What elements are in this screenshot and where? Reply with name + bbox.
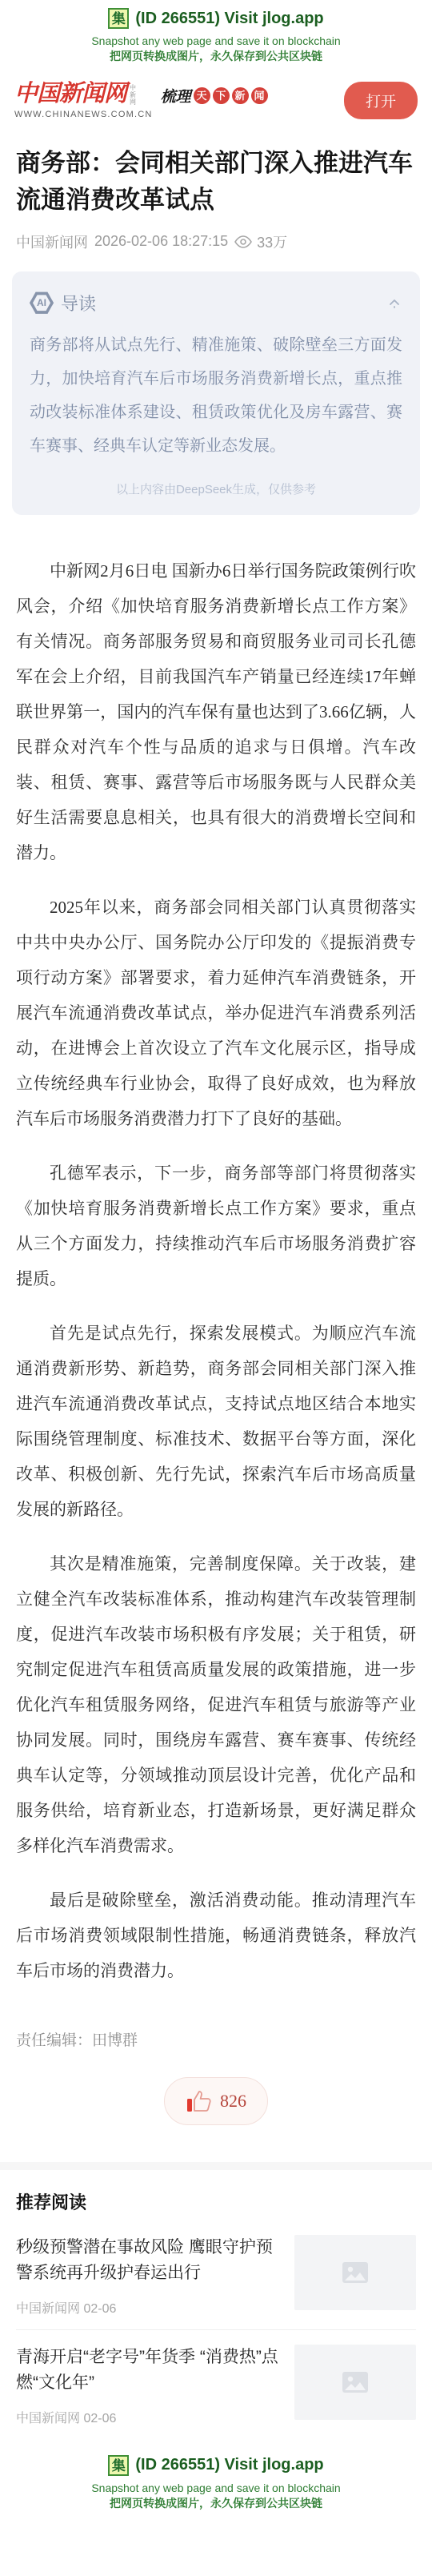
chinanews-logo: 中国新闻网 中新网 WWW.CHINANEWS.COM.CN	[14, 82, 152, 119]
paragraph: 孔德军表示，下一步，商务部等部门将贯彻落实《加快培育服务消费新增长点工作方案》要…	[16, 1155, 416, 1296]
paragraph: 其次是精准施策，完善制度保障。关于改装，建立健全汽车改装标准体系，推动构建汽车改…	[16, 1546, 416, 1863]
jlog-banner-top[interactable]: 集 (ID 266551) Visit jlog.app Snapshot an…	[0, 0, 432, 69]
slogan-char-badge: 下	[213, 87, 230, 104]
article-body: 中新网2月6日电 国新办6日举行国务院政策例行吹风会，介绍《加快培育服务消费新增…	[0, 542, 432, 1988]
jlog-banner-title[interactable]: (ID 266551) Visit jlog.app	[135, 10, 323, 28]
view-count: 33万	[257, 231, 287, 252]
article-meta: 中国新闻网 2026-02-06 18:27:15 33万	[0, 230, 432, 268]
recommend-item-source: 中国新闻网	[16, 2412, 80, 2425]
slogan-banner: 梳理 天 下 新 闻	[160, 85, 267, 106]
paragraph: 2025年以来，商务部会同相关部门认真贯彻落实中共中央办公厅、国务院办公厅印发的…	[16, 890, 416, 1136]
chinanews-logo-url: WWW.CHINANEWS.COM.CN	[14, 110, 152, 119]
image-placeholder-icon	[342, 2261, 369, 2284]
slogan-char-badge: 闻	[251, 87, 268, 104]
thumbs-up-icon	[186, 2089, 213, 2113]
like-button[interactable]: 826	[164, 2077, 268, 2125]
recommend-item[interactable]: 秒级预警潜在事故风险 鹰眼守护预警系统再升级护春运出行 中国新闻网 02-06	[16, 2220, 416, 2329]
recommend-item-date: 02-06	[83, 2302, 116, 2316]
ai-icon: AI	[30, 291, 54, 315]
jlog-banner-subtitle-en: Snapshot any web page and save it on blo…	[0, 34, 432, 49]
chinanews-logo-text: 中国新闻网	[14, 82, 126, 106]
jlog-banner-bottom[interactable]: 集 (ID 266551) Visit jlog.app Snapshot an…	[0, 2442, 432, 2526]
paragraph: 中新网2月6日电 国新办6日举行国务院政策例行吹风会，介绍《加快培育服务消费新增…	[16, 553, 416, 870]
jlog-badge-icon: 集	[108, 8, 129, 29]
ai-digest-card: AI 导读 商务部将从试点先行、精准施策、破除壁垒三方面发力，加快培育汽车后市场…	[12, 271, 420, 515]
editor-credit: 责任编辑：田博群	[0, 2007, 432, 2077]
recommend-item-source: 中国新闻网	[16, 2302, 80, 2316]
slogan-char-badge: 新	[232, 87, 249, 104]
article-datetime: 2026-02-06 18:27:15	[94, 233, 228, 250]
image-placeholder-icon	[342, 2371, 369, 2393]
slogan-char-badge: 天	[194, 87, 210, 104]
recommend-item-thumbnail	[294, 2235, 416, 2310]
jlog-banner-subtitle-en: Snapshot any web page and save it on blo…	[0, 2481, 432, 2496]
ai-digest-label: 导读	[61, 291, 96, 315]
jlog-badge-icon: 集	[108, 2455, 129, 2476]
chinanews-logo-side: 中新网	[130, 82, 138, 106]
paragraph: 最后是破除壁垒，激活消费动能。推动清理汽车后市场消费领域限制性措施，畅通消费链条…	[16, 1883, 416, 1988]
eye-icon	[234, 235, 252, 248]
recommend-heading: 推荐阅读	[16, 2189, 416, 2214]
jlog-banner-subtitle-zh: 把网页转换成图片，永久保存到公共区块链	[0, 2496, 432, 2511]
jlog-banner-title[interactable]: (ID 266551) Visit jlog.app	[135, 2456, 323, 2474]
article-source: 中国新闻网	[16, 231, 88, 252]
ai-digest-summary: 商务部将从试点先行、精准施策、破除壁垒三方面发力，加快培育汽车后市场服务消费新增…	[30, 328, 402, 463]
site-header: 中国新闻网 中新网 WWW.CHINANEWS.COM.CN 梳理 天 下 新 …	[0, 69, 432, 129]
section-divider	[0, 2162, 432, 2170]
recommend-item-date: 02-06	[83, 2412, 116, 2425]
recommend-item-title[interactable]: 秒级预警潜在事故风险 鹰眼守护预警系统再升级护春运出行	[16, 2235, 283, 2287]
recommend-item-thumbnail	[294, 2345, 416, 2420]
collapse-chevron-icon[interactable]	[386, 295, 402, 311]
recommend-section: 推荐阅读 秒级预警潜在事故风险 鹰眼守护预警系统再升级护春运出行 中国新闻网 0…	[0, 2170, 432, 2442]
slogan-prefix: 梳理	[160, 85, 190, 106]
jlog-banner-subtitle-zh: 把网页转换成图片，永久保存到公共区块链	[0, 49, 432, 64]
open-app-button[interactable]: 打开	[344, 82, 418, 119]
article-title: 商务部：会同相关部门深入推进汽车流通消费改革试点	[0, 129, 432, 230]
ai-digest-footnote: 以上内容由DeepSeek生成，仅供参考	[30, 480, 402, 497]
like-count: 826	[220, 2091, 246, 2112]
recommend-item-title[interactable]: 青海开启“老字号”年货季 “消费热”点燃“文化年”	[16, 2345, 283, 2397]
recommend-item[interactable]: 青海开启“老字号”年货季 “消费热”点燃“文化年” 中国新闻网 02-06	[16, 2329, 416, 2439]
paragraph: 首先是试点先行，探索发展模式。为顺应汽车流通消费新形势、新趋势，商务部会同相关部…	[16, 1316, 416, 1527]
